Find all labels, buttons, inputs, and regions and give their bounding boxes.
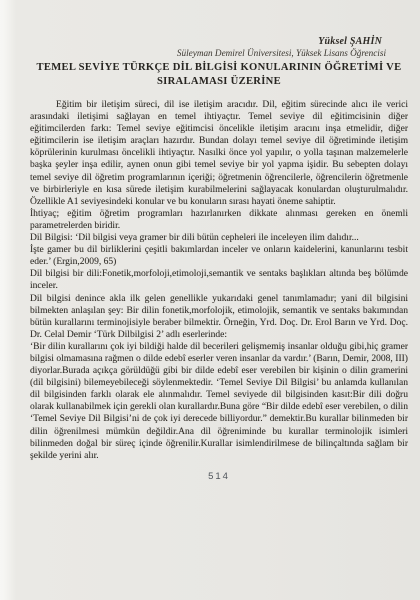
paper-title-line-1: TEMEL SEVİYE TÜRKÇE DİL BİLGİSİ KONULARI…: [30, 61, 408, 75]
paragraph: İhtiyaç; eğitim öğretim programları hazı…: [30, 208, 408, 232]
paragraph: ‘Bir dilin kurallarını çok iyi bildiği h…: [30, 341, 408, 462]
author-name: Yüksel ŞAHİN: [30, 36, 408, 47]
body-text: Eğitim bir iletişim süreci, dil ise ilet…: [30, 99, 408, 462]
page-number: 514: [30, 471, 408, 482]
paragraph: Dil bilgisi bir dili:Fonetik,morfoloji,e…: [30, 268, 408, 292]
paragraph: Dil bilgisi denince akla ilk gelen genel…: [30, 293, 408, 341]
paragraph: Eğitim bir iletişim süreci, dil ise ilet…: [30, 99, 408, 208]
paper-title: TEMEL SEVİYE TÜRKÇE DİL BİLGİSİ KONULARI…: [30, 61, 408, 88]
scanned-paper-page: Yüksel ŞAHİN Süleyman Demirel Üniversite…: [0, 0, 420, 600]
author-affiliation: Süleyman Demirel Üniversitesi, Yüksek Li…: [30, 48, 408, 58]
paragraph: İşte gamer bu dil birliklerini çeşitli b…: [30, 244, 408, 268]
paper-title-line-2: SIRALAMASI ÜZERİNE: [30, 75, 408, 89]
paragraph: Dil Bilgisi: ‘Dil bilgisi veya gramer bi…: [30, 232, 408, 244]
